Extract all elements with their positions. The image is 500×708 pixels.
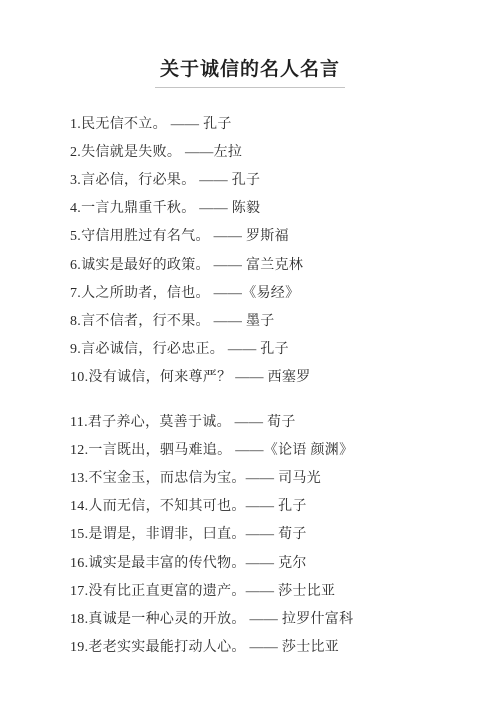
quote-line: 14.人而无信，不知其可也。—— 孔子 bbox=[70, 493, 500, 521]
quote-line: 2.失信就是失败。 ——左拉 bbox=[70, 139, 500, 167]
quote-line: 4.一言九鼎重千秋。 —— 陈毅 bbox=[70, 195, 500, 223]
quote-line: 10.没有诚信，何来尊严？ —— 西塞罗 bbox=[70, 364, 500, 392]
document-page: 关于诚信的名人名言 1.民无信不立。 —— 孔子 2.失信就是失败。 ——左拉 … bbox=[0, 0, 500, 708]
quote-group-1: 1.民无信不立。 —— 孔子 2.失信就是失败。 ——左拉 3.言必信，行必果。… bbox=[70, 111, 500, 393]
quote-line: 18.真诚是一种心灵的开放。 —— 拉罗什富科 bbox=[70, 606, 500, 634]
quote-line: 7.人之所助者，信也。 ——《易经》 bbox=[70, 280, 500, 308]
quote-line: 9.言必诚信，行必忠正。 —— 孔子 bbox=[70, 336, 500, 364]
quote-line: 19.老老实实最能打动人心。 —— 莎士比亚 bbox=[70, 634, 500, 662]
page-title: 关于诚信的名人名言 bbox=[155, 58, 345, 88]
quote-line: 6.诚实是最好的政策。 —— 富兰克林 bbox=[70, 252, 500, 280]
quote-line: 11.君子养心，莫善于诚。 —— 荀子 bbox=[70, 409, 500, 437]
quote-line: 13.不宝金玉，而忠信为宝。—— 司马光 bbox=[70, 465, 500, 493]
quote-line: 16.诚实是最丰富的传代物。—— 克尔 bbox=[70, 550, 500, 578]
title-row: 关于诚信的名人名言 bbox=[0, 0, 500, 88]
quote-line: 15.是谓是，非谓非，曰直。—— 荀子 bbox=[70, 521, 500, 549]
quote-group-2: 11.君子养心，莫善于诚。 —— 荀子 12.一言既出，驷马难追。 ——《论语 … bbox=[70, 409, 500, 663]
quote-line: 1.民无信不立。 —— 孔子 bbox=[70, 111, 500, 139]
quote-line: 17.没有比正直更富的遗产。—— 莎士比亚 bbox=[70, 578, 500, 606]
quote-line: 3.言必信，行必果。 —— 孔子 bbox=[70, 167, 500, 195]
quote-line: 8.言不信者，行不果。 —— 墨子 bbox=[70, 308, 500, 336]
quote-line: 5.守信用胜过有名气。 —— 罗斯福 bbox=[70, 223, 500, 251]
quote-line: 12.一言既出，驷马难追。 ——《论语 颜渊》 bbox=[70, 437, 500, 465]
